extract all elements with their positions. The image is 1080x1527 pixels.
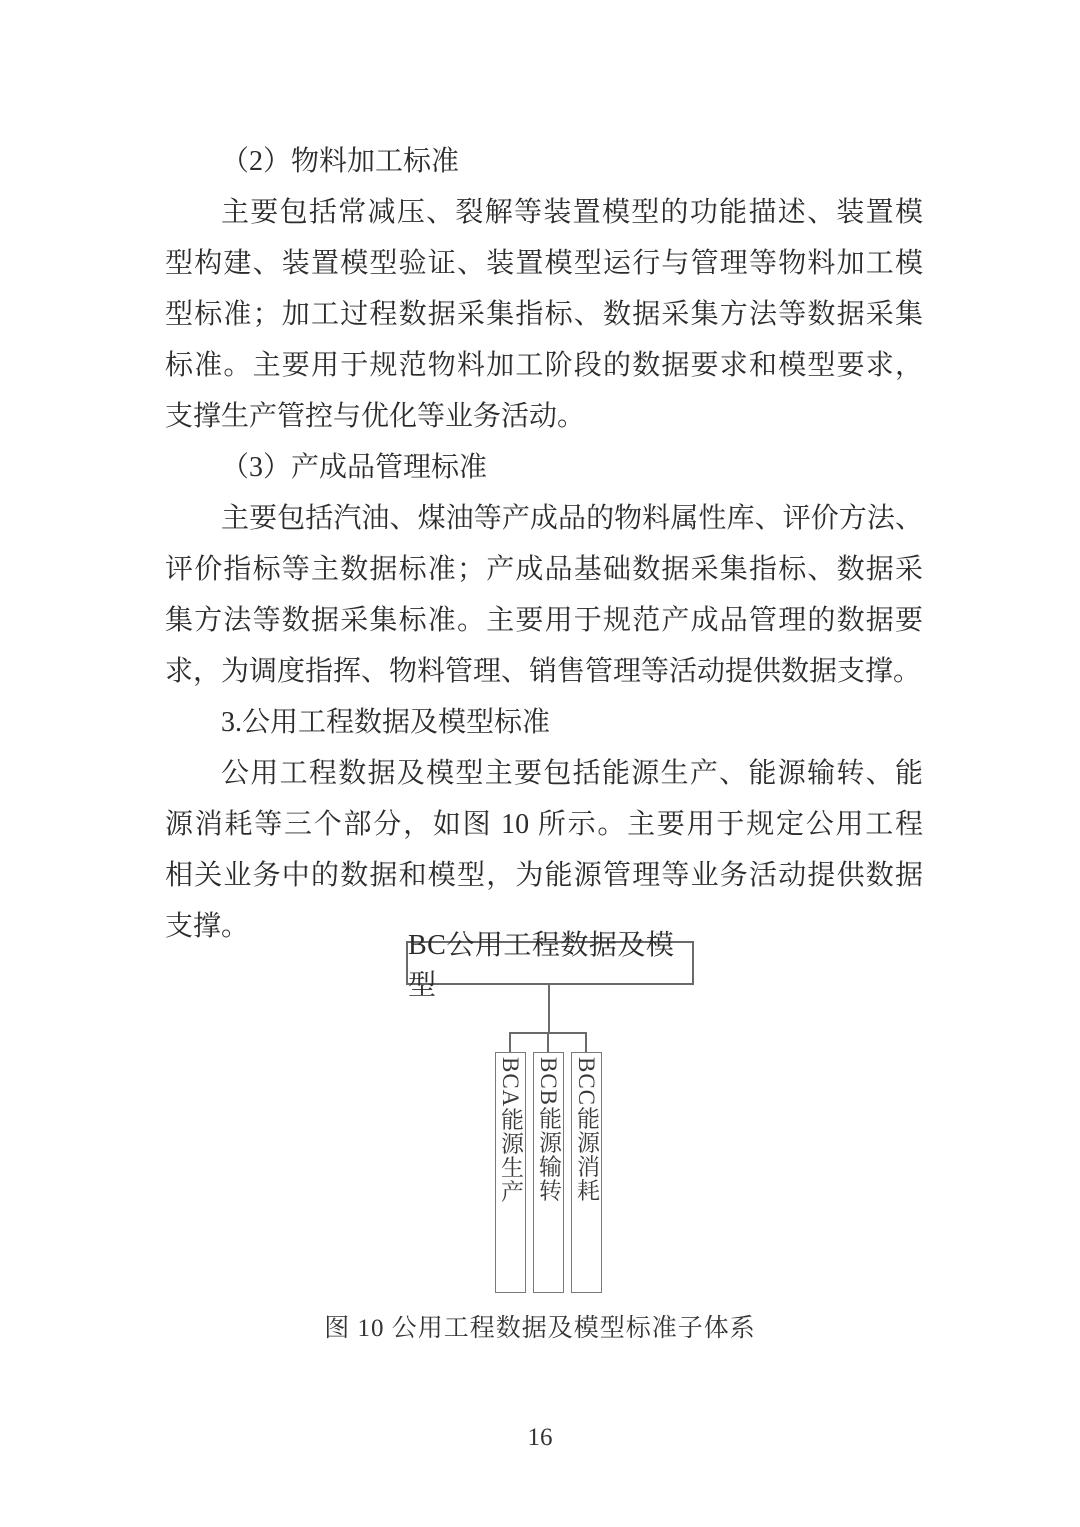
body-text-line: 主要包括常减压、裂解等装置模型的功能描述、装置模 [165, 187, 923, 238]
figure-child-box-bcb: BCB能源输转 [533, 1052, 564, 1293]
body-text-line: 评价指标等主数据标准；产成品基础数据采集指标、数据采 [165, 544, 923, 595]
section-heading-utility: 3.公用工程数据及模型标准 [165, 697, 923, 748]
connector-drop-line [585, 1032, 587, 1053]
body-text-line: 源消耗等三个部分，如图 10 所示。主要用于规定公用工程 [165, 799, 923, 850]
body-text-line: 标准。主要用于规范物料加工阶段的数据要求和模型要求， [165, 340, 923, 391]
section-heading-3: （3）产成品管理标准 [165, 442, 923, 493]
connector-vertical-line [548, 985, 550, 1032]
body-text-line: 求，为调度指挥、物料管理、销售管理等活动提供数据支撑。 [165, 646, 923, 697]
connector-drop-line [509, 1032, 511, 1053]
document-page: （2）物料加工标准 主要包括常减压、裂解等装置模型的功能描述、装置模 型构建、装… [0, 0, 1080, 1527]
body-text-line: 主要包括汽油、煤油等产成品的物料属性库、评价方法、 [165, 493, 923, 544]
body-text-line: 集方法等数据采集标准。主要用于规范产成品管理的数据要 [165, 595, 923, 646]
figure-child-label: BCA能源生产 [494, 1053, 527, 1203]
figure-child-box-bcc: BCC能源消耗 [571, 1052, 602, 1293]
figure-child-label: BCB能源输转 [532, 1053, 565, 1202]
body-text-block: （2）物料加工标准 主要包括常减压、裂解等装置模型的功能描述、装置模 型构建、装… [165, 136, 923, 952]
body-text-line: 支撑生产管控与优化等业务活动。 [165, 391, 923, 442]
figure-root-label: BC公用工程数据及模型 [408, 923, 692, 1003]
figure-child-label: BCC能源消耗 [570, 1053, 603, 1202]
body-text-line: 公用工程数据及模型主要包括能源生产、能源输转、能 [165, 748, 923, 799]
connector-drop-line [547, 1032, 549, 1053]
body-text-line: 型构建、装置模型验证、装置模型运行与管理等物料加工模 [165, 238, 923, 289]
section-heading-2: （2）物料加工标准 [165, 136, 923, 187]
figure-root-box: BC公用工程数据及模型 [406, 941, 694, 985]
figure-caption: 图 10 公用工程数据及模型标准子体系 [0, 1308, 1080, 1344]
figure-child-box-bca: BCA能源生产 [495, 1052, 526, 1293]
body-text-line: 相关业务中的数据和模型，为能源管理等业务活动提供数据 [165, 850, 923, 901]
body-text-line: 型标准；加工过程数据采集指标、数据采集方法等数据采集 [165, 289, 923, 340]
page-number: 16 [0, 1424, 1080, 1452]
